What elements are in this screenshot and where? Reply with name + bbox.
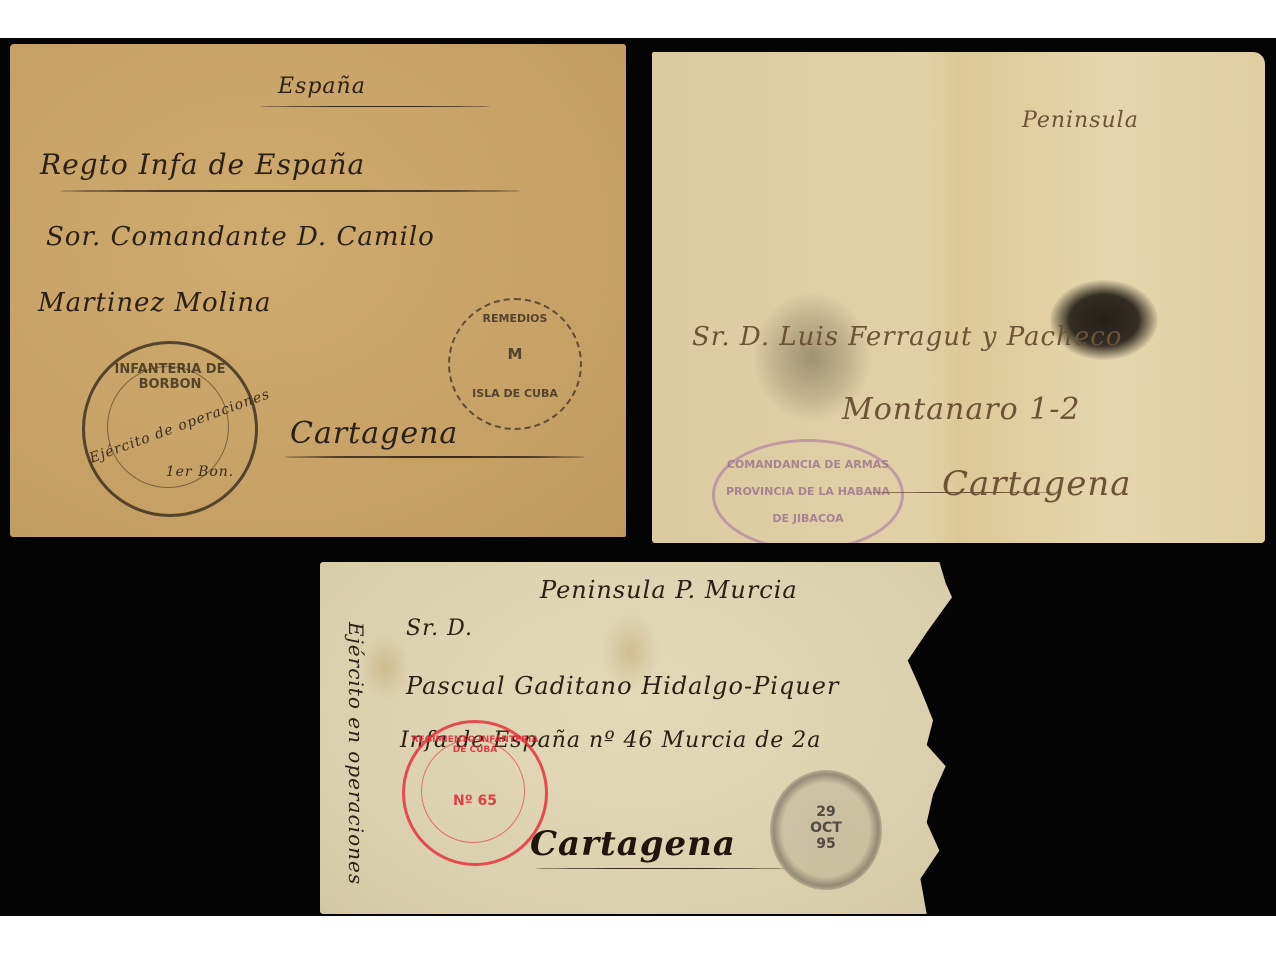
cover-3-underline-city	[535, 868, 785, 869]
stamp-inner-ring	[421, 739, 525, 843]
cover-3-destination: Peninsula P. Murcia	[540, 576, 798, 604]
cover-2-address-line-1: Sr. D. Luis Ferragut y Pacheco	[692, 322, 1122, 352]
postmark-bottom-text: ISLA DE CUBA	[450, 387, 580, 400]
comandancia-de-armas-oval-stamp: COMANDANCIA DE ARMAS PROVINCIA DE LA HAB…	[712, 439, 904, 543]
cover-2-city: Cartagena	[942, 464, 1132, 504]
cover-3-address-line-1: Pascual Gaditano Hidalgo-Piquer	[406, 672, 839, 700]
cover-1-underline-city	[285, 456, 585, 458]
infanteria-de-borbon-handstamp: INFANTERIA DE BORBON Ejército de operaci…	[82, 341, 258, 517]
postmark-year: 95	[770, 836, 882, 852]
cover-2-underline-city	[867, 492, 1057, 493]
cover-1-address-line-2: Sor. Comandante D. Camilo	[46, 222, 435, 252]
cover-2-destination-country: Peninsula	[1022, 108, 1139, 133]
postmark-month: OCT	[770, 820, 882, 836]
cover-1-address-line-1: Regto Infa de España	[40, 148, 365, 181]
regimiento-infanteria-de-cuba-stamp: REGIMIENTO INFANTERIA DE CUBA Nº 65	[402, 720, 548, 866]
cover-1-underline-country	[260, 106, 490, 107]
cover-1-envelope: España Regto Infa de España Sor. Comanda…	[10, 44, 626, 537]
cover-2-envelope: Peninsula Sr. D. Luis Ferragut y Pacheco…	[652, 52, 1265, 543]
cover-3-salutation: Sr. D.	[406, 616, 473, 641]
postmark-day: 29	[770, 804, 882, 820]
cover-1-city: Cartagena	[290, 416, 458, 451]
cover-1-underline-address	[60, 190, 520, 192]
cover-3-envelope: Peninsula P. Murcia Sr. D. Pascual Gadit…	[320, 562, 952, 914]
cover-1-destination-country: España	[278, 74, 366, 99]
postmark-top-text: REMEDIOS	[450, 312, 580, 325]
cover-3-side-note: Ejército en operaciones	[344, 622, 368, 885]
cover-1-address-line-3: Martinez Molina	[38, 288, 272, 318]
cover-3-city: Cartagena	[530, 824, 736, 864]
oval-stamp-line-3: DE JIBACOA	[715, 512, 901, 525]
oval-stamp-line-1: COMANDANCIA DE ARMAS	[715, 458, 901, 471]
oct-date-postmark: 29 OCT 95	[770, 770, 882, 890]
cover-2-address-line-2: Montanaro 1-2	[842, 392, 1081, 427]
stamp-footer: 1er Bon.	[145, 464, 255, 480]
remedios-postmark: REMEDIOS M ISLA DE CUBA	[448, 298, 582, 430]
postmark-center-text: M	[450, 345, 580, 363]
